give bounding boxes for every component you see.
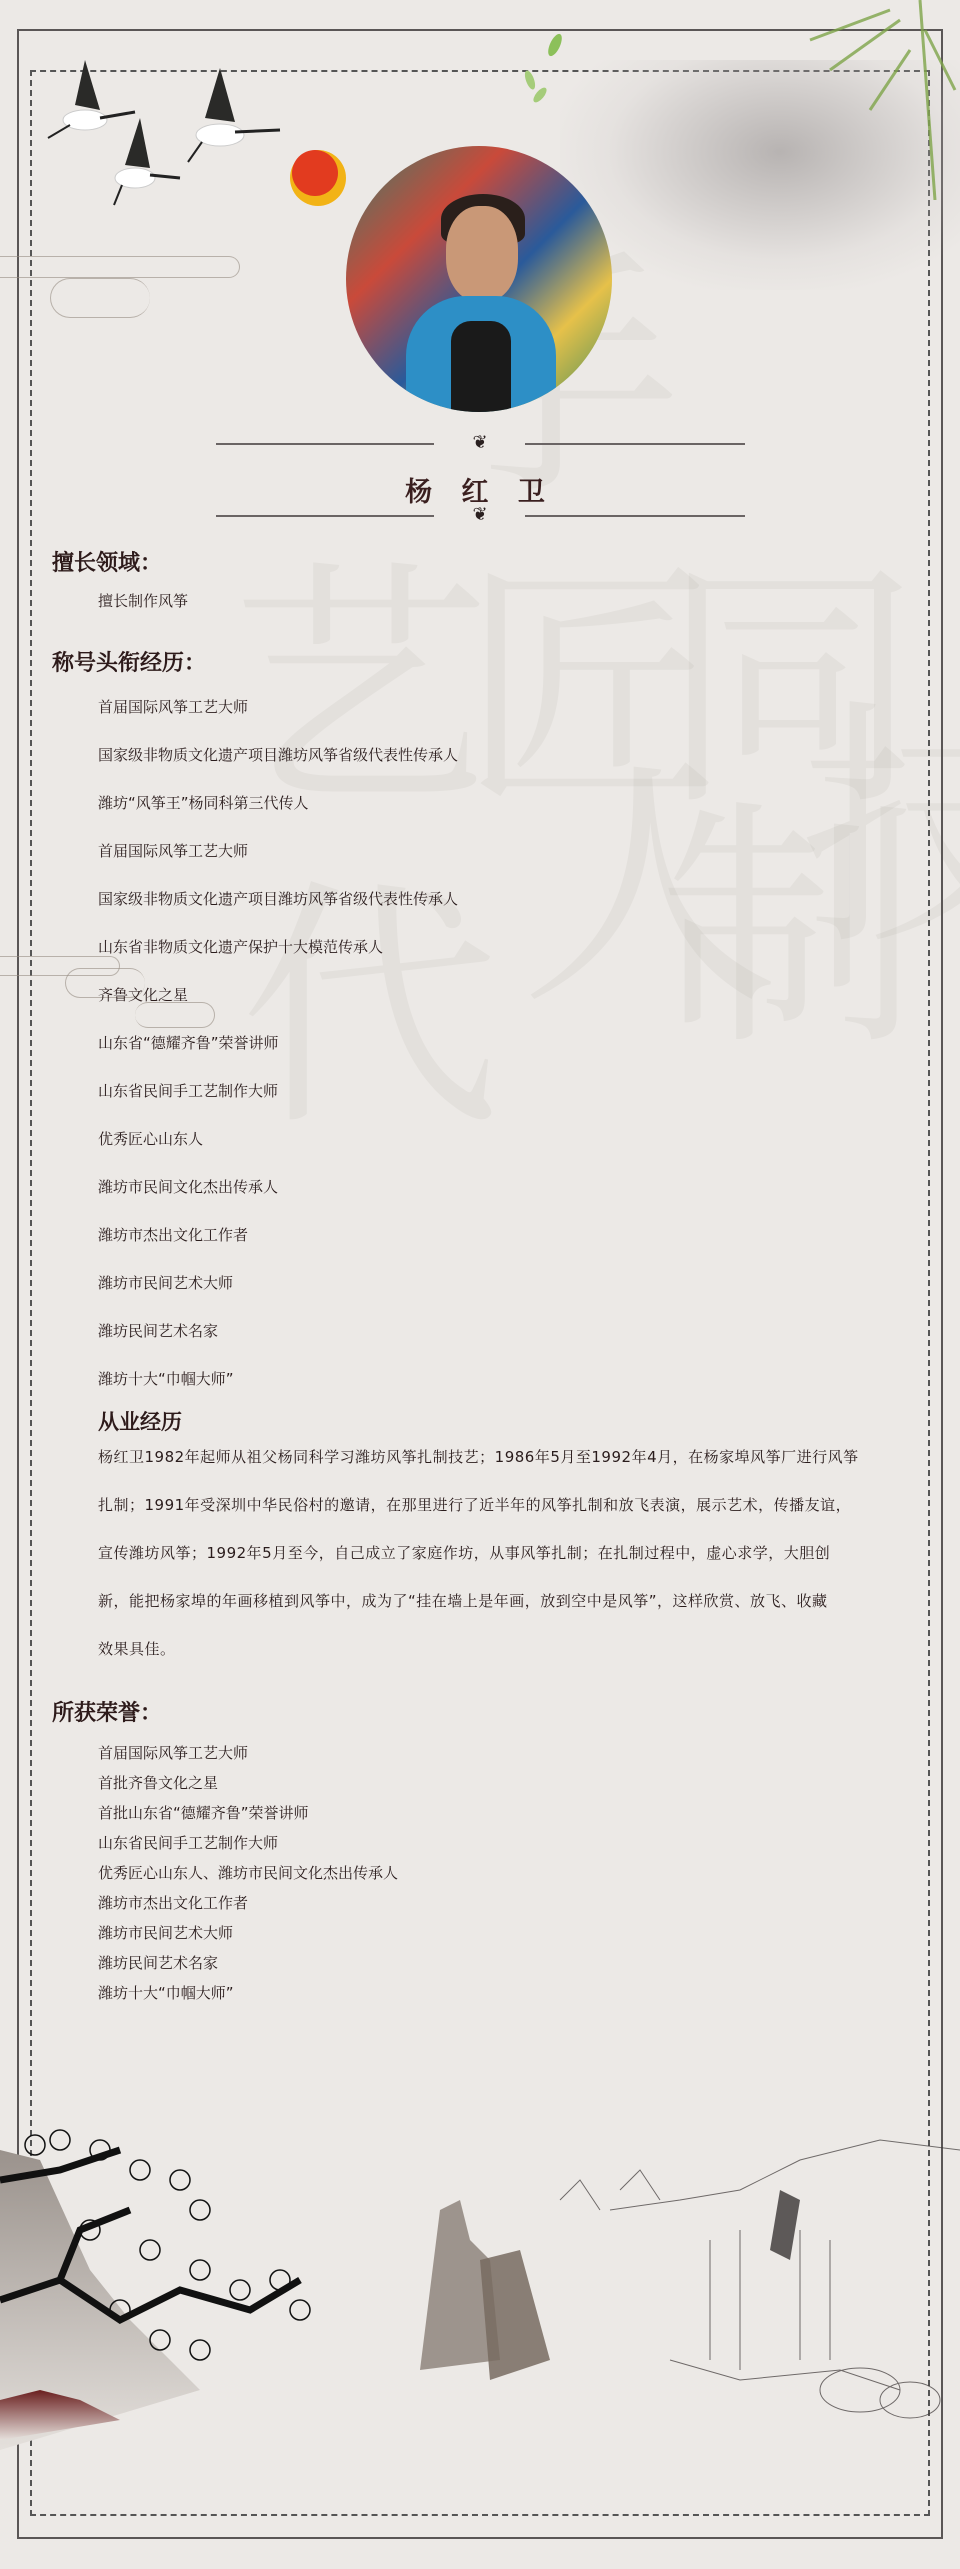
- titles-heading: 称号头衔经历：: [52, 646, 206, 677]
- flourish-ornament-icon: ❦: [450, 432, 510, 454]
- honor-item: 首届国际风筝工艺大师: [98, 1742, 248, 1763]
- waterfall-sketch-illustration: [380, 2100, 960, 2470]
- portrait-shirt: [451, 321, 511, 412]
- honor-item: 潍坊市民间艺术大师: [98, 1922, 233, 1943]
- cloud-scroll-decoration: [0, 256, 240, 278]
- title-item: 首届国际风筝工艺大师: [98, 696, 248, 717]
- portrait-face: [446, 206, 518, 302]
- career-heading: 从业经历: [98, 1406, 182, 1436]
- leaf-illustration: [495, 30, 575, 110]
- honor-item: 优秀匠心山东人、潍坊市民间文化杰出传承人: [98, 1862, 398, 1883]
- honor-item: 潍坊民间艺术名家: [98, 1952, 218, 1973]
- title-item: 山东省“德耀齐鲁”荣誉讲师: [98, 1032, 279, 1053]
- divider-line: [525, 515, 745, 517]
- title-item: 国家级非物质文化遗产项目潍坊风筝省级代表性传承人: [98, 888, 458, 909]
- specialty-value: 擅长制作风筝: [98, 590, 188, 611]
- title-item: 齐鲁文化之星: [98, 984, 188, 1005]
- honor-item: 首批齐鲁文化之星: [98, 1772, 218, 1793]
- divider-line: [216, 515, 434, 517]
- red-sun-illustration: [290, 150, 346, 206]
- title-item: 山东省非物质文化遗产保护十大模范传承人: [98, 936, 383, 957]
- career-paragraph-line: 扎制；1991年受深圳中华民俗村的邀请，在那里进行了近半年的风筝扎制和放飞表演，…: [98, 1494, 851, 1515]
- cranes-illustration: [30, 50, 310, 210]
- career-paragraph-line: 效果具佳。: [98, 1638, 176, 1659]
- title-item: 潍坊民间艺术名家: [98, 1320, 218, 1341]
- career-paragraph-line: 新，能把杨家埠的年画移植到风筝中，成为了“挂在墙上是年画，放到空中是风筝”，这样…: [98, 1590, 828, 1611]
- honor-item: 山东省民间手工艺制作大师: [98, 1832, 278, 1853]
- honor-item: 潍坊市杰出文化工作者: [98, 1892, 248, 1913]
- title-item: 潍坊市杰出文化工作者: [98, 1224, 248, 1245]
- title-item: 优秀匠心山东人: [98, 1128, 203, 1149]
- honor-item: 潍坊十大“巾帼大师”: [98, 1982, 234, 2003]
- career-paragraph-line: 宣传潍坊风筝；1992年5月至今，自己成立了家庭作坊，从事风筝扎制；在扎制过程中…: [98, 1542, 830, 1563]
- cloud-scroll-decoration: [135, 1002, 215, 1028]
- divider-line: [216, 443, 434, 445]
- bamboo-illustration: [770, 0, 960, 200]
- title-item: 潍坊“风筝王”杨同科第三代传人: [98, 792, 309, 813]
- title-item: 国家级非物质文化遗产项目潍坊风筝省级代表性传承人: [98, 744, 458, 765]
- career-paragraph-line: 杨红卫1982年起师从祖父杨同科学习潍坊风筝扎制技艺；1986年5月至1992年…: [98, 1446, 859, 1467]
- honor-item: 首批山东省“德耀齐鲁”荣誉讲师: [98, 1802, 309, 1823]
- divider-line: [525, 443, 745, 445]
- title-item: 山东省民间手工艺制作大师: [98, 1080, 278, 1101]
- specialty-heading: 擅长领域：: [52, 546, 162, 577]
- title-item: 首届国际风筝工艺大师: [98, 840, 248, 861]
- honors-heading: 所获荣誉：: [52, 1696, 162, 1727]
- cloud-scroll-decoration: [50, 278, 150, 318]
- title-item: 潍坊市民间文化杰出传承人: [98, 1176, 278, 1197]
- title-item: 潍坊十大“巾帼大师”: [98, 1368, 234, 1389]
- portrait-photo: [346, 146, 612, 412]
- title-item: 潍坊市民间艺术大师: [98, 1272, 233, 1293]
- flourish-ornament-icon: ❦: [450, 504, 510, 526]
